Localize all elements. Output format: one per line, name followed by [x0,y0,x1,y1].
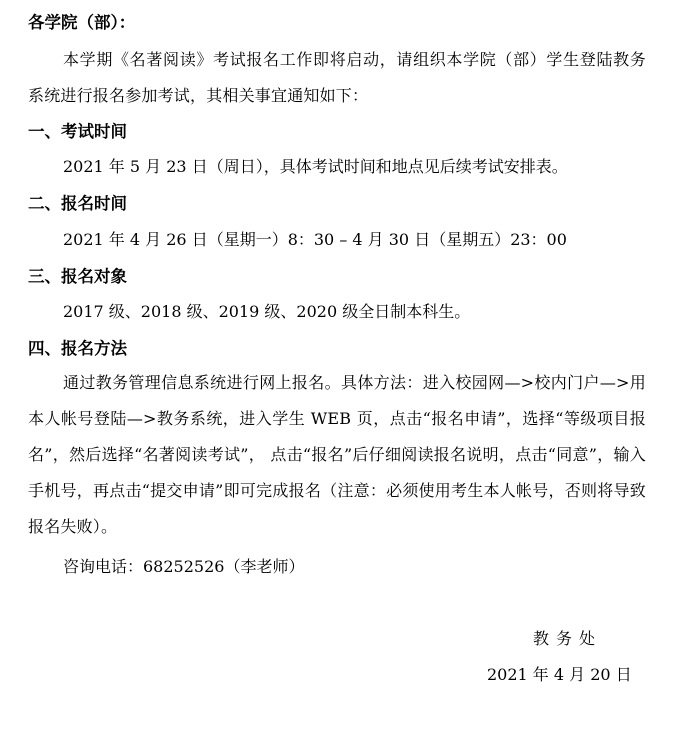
section-4-heading: 四、报名方法 [28,338,127,360]
notice-document: 各学院（部）： 本学期《名著阅读》考试报名工作即将启动，请组织本学院（部）学生登… [0,0,698,735]
section-1-body: 2021 年 5 月 23 日（周日），具体考试时间和地点见后续考试安排表。 [63,156,568,178]
section-3-body: 2017 级、2018 级、2019 级、2020 级全日制本科生。 [63,301,470,323]
salutation: 各学院（部）： [28,12,135,34]
section-2-body: 2021 年 4 月 26 日（星期一）8：30 – 4 月 30 日（星期五）… [63,229,567,251]
signature-date: 2021 年 4 月 20 日 [487,664,632,686]
section-1-heading: 一、考试时间 [28,121,127,143]
section-4-body: 通过教务管理信息系统进行网上报名。具体方法：进入校园网—>校内门户—>用本人帐号… [28,365,646,545]
contact-line: 咨询电话：68252526（李老师） [63,556,304,578]
section-2-heading: 二、报名时间 [28,193,127,215]
intro-paragraph: 本学期《名著阅读》考试报名工作即将启动，请组织本学院（部）学生登陆教务系统进行报… [28,42,646,114]
signature-org: 教务处 [533,628,602,650]
section-3-heading: 三、报名对象 [28,266,127,288]
